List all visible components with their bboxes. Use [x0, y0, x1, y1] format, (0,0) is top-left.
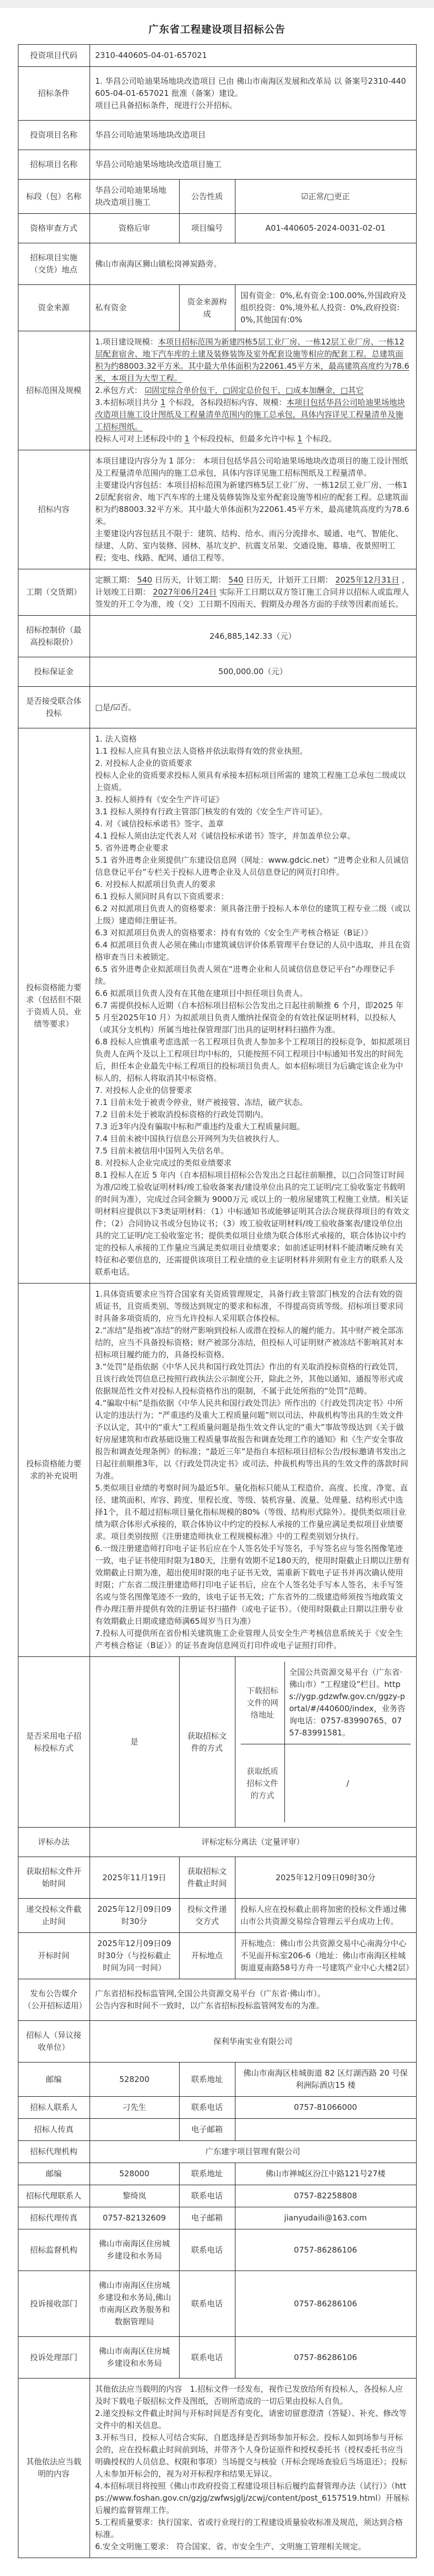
complaint-receiving-value: 佛山市南海区住房城乡建设和水务局,佛山市南海区政务服务和数据管理局 — [90, 2271, 179, 2337]
agency-email-label: 电子邮箱 — [179, 2207, 235, 2229]
opening-time-value: 2025年12月09日09时30分（与投标截止时间为同一时间） — [90, 1933, 179, 1979]
complaint-receiving-phone-label: 联系电话 — [179, 2271, 235, 2337]
construction-period-value: 定额工期： 540 日历天，计划工期： 540 日历天，计划开工日期： 2025… — [90, 569, 416, 616]
tenderer-email-label: 电子邮箱 — [179, 2119, 235, 2141]
agency-email-value: jianyudaili@163.com — [235, 2207, 416, 2229]
bid-bond-label: 投标保证金 — [18, 657, 90, 687]
agency-address-label: 联系地址 — [179, 2163, 235, 2185]
tender-content-value: 本项目建设内容分为 1 部分： 本项目包括华昌公司哈迪果场地块改造项目的施工设计… — [90, 450, 416, 569]
tender-announcement-table: 投资项目代码 2310-440605-04-01-657021 招标条件 1. … — [18, 44, 417, 2558]
table-row: 资金来源 私有资金 资金来源构成 国有资金：0%,私有资金:100.00%,外国… — [18, 285, 416, 331]
supervisor-phone-value: 0757-86286106 — [235, 2229, 416, 2271]
doc-start-time-value: 2025年11月19日 — [90, 1857, 179, 1899]
agency-address-value: 佛山市禅城区汾江中路121号27楼 — [235, 2163, 416, 2185]
table-row: 开标时间 2025年12月09日09时30分（与投标截止时间为同一时间） 开标地… — [18, 1933, 416, 1979]
tender-project-name-label: 招标项目名称 — [18, 150, 90, 180]
doc-obtain-method-cell: 下载招标文件的网络地址 全国公共资源交易平台（广东省·佛山市）“工程建设”栏目。… — [235, 1657, 416, 1828]
complaint-handling-value: 佛山市南海区住房城乡建设和水务局 — [90, 2337, 179, 2378]
paper-doc-label: 获取纸质招标文件的方式 — [241, 1744, 285, 1823]
other-contents-label: 其他依法应当载明的内容 — [18, 2378, 90, 2558]
agency-fax-label: 招标代理传真 — [18, 2207, 90, 2229]
table-row: 投诉处理部门 佛山市南海区住房城乡建设和水务局 联系电话 0757-862861… — [18, 2337, 416, 2378]
consortium-checkboxes: □是/☑否。 — [90, 687, 416, 728]
table-row: 招标控制价（最高投标限价） 246,885,142.33（元） — [18, 616, 416, 657]
opening-place-label: 开标地点 — [179, 1933, 235, 1979]
doc-end-time-label: 获取招标文件截止时间 — [179, 1857, 235, 1899]
agency-contact-label: 招标代理联系人 — [18, 2185, 90, 2207]
submission-method-value: 投标人应在投标截止前将加密的投标文件通过佛山市公共资源交易综合管理云平台成功上传… — [235, 1899, 416, 1933]
agency-phone-label: 联系电话 — [179, 2185, 235, 2207]
fund-source-value: 私有资金 — [90, 285, 179, 331]
table-row: 资格审查方式 资格后审 项目编号 A01-440605-2024-0031-02… — [18, 214, 416, 243]
fund-source-label: 资金来源 — [18, 285, 90, 331]
table-row: 其他依法应当载明的内容 其他依法应当载明的内容 1.招标文件一经发布，视作已发放… — [18, 2378, 416, 2558]
table-row: 评标办法 评标定标分离法（定量评审） — [18, 1828, 416, 1857]
tenderer-contact-value: 刁先生 — [90, 2097, 179, 2119]
tenderer-email-value — [235, 2119, 416, 2141]
table-row: 是否接受联合体投标 □是/☑否。 — [18, 687, 416, 728]
table-row: 下载招标文件的网络地址 全国公共资源交易平台（广东省·佛山市）“工程建设”栏目。… — [241, 1662, 411, 1744]
invest-project-name-value: 华昌公司哈迪果场地块改造项目 — [90, 121, 416, 150]
announcement-media-label: 发布公告媒介（公开招标适用） — [18, 1979, 90, 2021]
paper-doc-value: / — [285, 1744, 411, 1823]
other-contents-value: 其他依法应当载明的内容 1.招标文件一经发布，视作已发放给所有投标人，各投标人应… — [90, 2378, 416, 2558]
complaint-handling-label: 投诉处理部门 — [18, 2337, 90, 2378]
scope-scale-label: 招标范围及规模 — [18, 331, 90, 450]
table-row: 投资项目代码 2310-440605-04-01-657021 — [18, 45, 416, 67]
tenderer-fax-value — [90, 2119, 179, 2141]
section-name-label: 标段（包）名称 — [18, 180, 90, 214]
project-code-value: 2310-440605-04-01-657021 — [90, 45, 416, 67]
section-name-value: 华昌公司哈迪果场地块改造项目施工 — [90, 180, 179, 214]
agency-contact-value: 黎绮岚 — [90, 2185, 179, 2207]
evaluation-method-value: 评标定标分离法（定量评审） — [90, 1828, 416, 1857]
table-row: 招标监督机构 佛山市南海区住房城乡建设和水务局 联系电话 0757-862861… — [18, 2229, 416, 2271]
price-ceiling-value: 246,885,142.33（元） — [90, 616, 416, 657]
agency-postcode-value: 528000 — [90, 2163, 179, 2185]
table-row: 招标人联系人 刁先生 联系电话 0757-81066000 — [18, 2097, 416, 2119]
table-row: 招标代理传真 0757-82132609 电子邮箱 jianyudaili@16… — [18, 2207, 416, 2229]
table-row: 是否采用电子招标投标方式 是 获取招标文件的方式 下载招标文件的网络地址 全国公… — [18, 1657, 416, 1828]
tenderer-value: 保利华南实业有限公司 — [90, 2021, 416, 2062]
table-row: 发布公告媒介（公开招标适用） 广东省招标投标监管网,全国公共资源交易平台（广东省… — [18, 1979, 416, 2021]
table-row: 获取纸质招标文件的方式 / — [241, 1744, 411, 1823]
delivery-location-label: 招标项目实施（交货）地点 — [18, 243, 90, 285]
project-number-label: 项目编号 — [179, 214, 235, 243]
agency-fax-value: 0757-82132609 — [90, 2207, 179, 2229]
table-row: 招标项目名称 华昌公司哈迪果场地块改造项目施工 — [18, 150, 416, 180]
submission-deadline-label: 递交投标文件截止时间 — [18, 1899, 90, 1933]
page-top-strip — [0, 0, 434, 8]
qualification-notes-label: 投标资格能力要求的补充说明 — [18, 1284, 90, 1657]
submission-deadline-value: 2025年12月09日09时30分 — [90, 1899, 179, 1933]
tenderer-contact-label: 招标人联系人 — [18, 2097, 90, 2119]
table-row: 投标资格能力要求（包括但不限于资质人员、业绩等要求） 1. 法人资格 1.1 投… — [18, 728, 416, 1284]
e-bidding-value: 是 — [90, 1657, 179, 1828]
table-row: 获取招标文件开始时间 2025年11月19日 获取招标文件截止时间 2025年1… — [18, 1857, 416, 1899]
doc-end-time-value: 2025年12月09日09时30分 — [235, 1857, 416, 1899]
delivery-location-value: 佛山市南海区狮山镇松岗禅炭路旁。 — [90, 243, 416, 285]
agency-label: 招标代理机构 — [18, 2141, 90, 2163]
invest-project-name-label: 投资项目名称 — [18, 121, 90, 150]
construction-period-label: 工期（交货期） — [18, 569, 90, 616]
consortium-label: 是否接受联合体投标 — [18, 687, 90, 728]
complaint-receiving-label: 投诉接收部门 — [18, 2271, 90, 2337]
table-row: 邮编 528000 联系地址 佛山市禅城区汾江中路121号27楼 — [18, 2163, 416, 2185]
project-number-value: A01-440605-2024-0031-02-01 — [235, 214, 416, 243]
table-row: 投诉接收部门 佛山市南海区住房城乡建设和水务局,佛山市南海区政务服务和数据管理局… — [18, 2271, 416, 2337]
opening-time-label: 开标时间 — [18, 1933, 90, 1979]
supervisor-value: 佛山市南海区住房城乡建设和水务局 — [90, 2229, 179, 2271]
announcement-media-value: 广东省招标投标监管网,全国公共资源交易平台（广东省·佛山市）。 公告内容和时间不… — [90, 1979, 416, 2021]
tenderer-label: 招标人（异议接收单位） — [18, 2021, 90, 2062]
tender-conditions-value: 1. 华昌公司哈迪果场地块改造项目 已由 佛山市南海区发展和改革局 以 备案号2… — [90, 67, 416, 121]
supervisor-phone-label: 联系电话 — [179, 2229, 235, 2271]
tender-conditions-label: 招标条件 — [18, 67, 90, 121]
doc-obtain-method-label: 获取招标文件的方式 — [179, 1657, 235, 1828]
qualification-review-value: 资格后审 — [90, 214, 179, 243]
bid-bond-value: 500,000.00（元） — [90, 657, 416, 687]
table-row: 标段（包）名称 华昌公司哈迪果场地块改造项目施工 公告性质 ☑正常/□更正 — [18, 180, 416, 214]
supervisor-label: 招标监督机构 — [18, 2229, 90, 2271]
table-row: 投资项目名称 华昌公司哈迪果场地块改造项目 — [18, 121, 416, 150]
tenderer-postcode-value: 528200 — [90, 2062, 179, 2097]
table-row: 招标人（异议接收单位） 保利华南实业有限公司 — [18, 2021, 416, 2062]
table-row: 招标内容 本项目建设内容分为 1 部分： 本项目包括华昌公司哈迪果场地块改造项目… — [18, 450, 416, 569]
complaint-handling-phone-value: 0757-86286106 — [235, 2337, 416, 2378]
doc-start-time-label: 获取招标文件开始时间 — [18, 1857, 90, 1899]
opening-place-value: 开标地点：佛山市公共资源交易中心南海分中心不见面开标室206-6（地址：佛山市南… — [235, 1933, 416, 1979]
notice-nature-label: 公告性质 — [179, 180, 235, 214]
fund-composition-value: 国有资金：0%,私有资金:100.00%,外国政府及组织投资：0%,境外私人投资… — [235, 285, 416, 331]
price-ceiling-label: 招标控制价（最高投标限价） — [18, 616, 90, 657]
notice-nature-checkboxes: ☑正常/□更正 — [235, 180, 416, 214]
table-row: 投标保证金 500,000.00（元） — [18, 657, 416, 687]
tenderer-phone-value: 0757-81066000 — [235, 2097, 416, 2119]
table-row: 招标人传真 电子邮箱 — [18, 2119, 416, 2141]
tender-project-name-value: 华昌公司哈迪果场地块改造项目施工 — [90, 150, 416, 180]
tenderer-fax-label: 招标人传真 — [18, 2119, 90, 2141]
table-row: 投标资格能力要求的补充说明 1.具体资质要求应当符合国家有关资质管理规定，具备行… — [18, 1284, 416, 1657]
e-bidding-label: 是否采用电子招标投标方式 — [18, 1657, 90, 1828]
tenderer-address-value: 佛山市南海区桂城街道 82 区灯湖西路 20 号保利洲际酒店15 楼 — [235, 2062, 416, 2097]
fund-composition-label: 资金来源构成 — [179, 285, 235, 331]
download-url-value: 全国公共资源交易平台（广东省·佛山市）“工程建设”栏目。https://ygp.… — [285, 1662, 411, 1744]
table-row: 工期（交货期） 定额工期： 540 日历天，计划工期： 540 日历天，计划开工… — [18, 569, 416, 616]
doc-obtain-subtable: 下载招标文件的网络地址 全国公共资源交易平台（广东省·佛山市）“工程建设”栏目。… — [241, 1662, 411, 1822]
agency-value: 广东建宇项目管理有限公司 — [90, 2141, 416, 2163]
complaint-handling-phone-label: 联系电话 — [179, 2337, 235, 2378]
table-row: 邮编 528200 联系地址 佛山市南海区桂城街道 82 区灯湖西路 20 号保… — [18, 2062, 416, 2097]
qualification-review-label: 资格审查方式 — [18, 214, 90, 243]
table-row: 招标条件 1. 华昌公司哈迪果场地块改造项目 已由 佛山市南海区发展和改革局 以… — [18, 67, 416, 121]
page-title: 广东省工程建设项目招标公告 — [0, 22, 434, 36]
table-row: 招标代理联系人 黎绮岚 联系电话 0757-82258808 — [18, 2185, 416, 2207]
tenderer-address-label: 联系地址 — [179, 2062, 235, 2097]
agency-phone-value: 0757-82258808 — [235, 2185, 416, 2207]
qualification-requirements-label: 投标资格能力要求（包括但不限于资质人员、业绩等要求） — [18, 728, 90, 1284]
evaluation-method-label: 评标办法 — [18, 1828, 90, 1857]
table-row: 招标代理机构 广东建宇项目管理有限公司 — [18, 2141, 416, 2163]
project-code-label: 投资项目代码 — [18, 45, 90, 67]
table-row: 招标项目实施（交货）地点 佛山市南海区狮山镇松岗禅炭路旁。 — [18, 243, 416, 285]
scope-scale-value: 1.项目建设规模：本项目招标范围为新建四栋5层工业厂房、一栋12层工业厂房、一栋… — [90, 331, 416, 450]
tenderer-postcode-label: 邮编 — [18, 2062, 90, 2097]
qualification-notes-value: 1.具体资质要求应当符合国家有关资质管理规定，具备行政主管部门核发的合法有效的资… — [90, 1284, 416, 1657]
tenderer-phone-label: 联系电话 — [179, 2097, 235, 2119]
table-row: 递交投标文件截止时间 2025年12月09日09时30分 投标文件递交方式 投标… — [18, 1899, 416, 1933]
tender-content-label: 招标内容 — [18, 450, 90, 569]
agency-postcode-label: 邮编 — [18, 2163, 90, 2185]
qualification-requirements-value: 1. 法人资格 1.1 投标人应具有独立法人资格并依法取得有效的营业执照。 2.… — [90, 728, 416, 1284]
table-row: 招标范围及规模 1.项目建设规模：本项目招标范围为新建四栋5层工业厂房、一栋12… — [18, 331, 416, 450]
download-url-label: 下载招标文件的网络地址 — [241, 1662, 285, 1744]
complaint-receiving-phone-value: 0757-86286106 — [235, 2271, 416, 2337]
submission-method-label: 投标文件递交方式 — [179, 1899, 235, 1933]
